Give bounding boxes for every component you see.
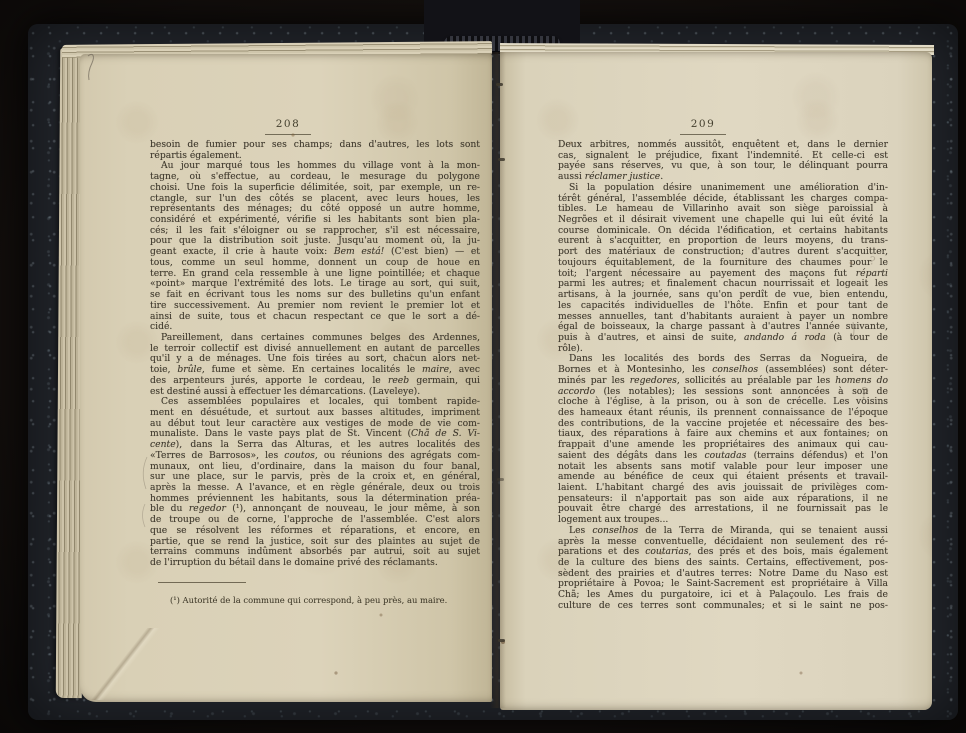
folio-rule	[265, 134, 311, 135]
binding-stitch	[498, 639, 505, 642]
page-number-left: 208	[150, 112, 426, 135]
text-line: de l'irruption du bétail dans le domaine…	[150, 558, 480, 569]
page-corner-crease	[86, 628, 162, 700]
text-line: culture de ces terres sont communales; e…	[558, 601, 888, 612]
text-line: puis à d'autres, et ainsi de suite, anda…	[558, 333, 888, 344]
folio-number: 209	[691, 118, 716, 130]
left-page-text: besoin de fumier pour ses champs; dans d…	[150, 140, 480, 569]
binding-stitch	[497, 478, 504, 481]
footnote-rule	[158, 582, 246, 583]
right-page-text: Deux arbitres, nommés aussitôt, enquêten…	[558, 140, 888, 612]
folio-number: 208	[276, 118, 301, 130]
binding-stitch	[496, 83, 503, 86]
left-page: 208 besoin de fumier pour ses champs; da…	[80, 54, 492, 702]
page-number-right: 209	[558, 112, 848, 135]
text-line: ainsi de suite, tous et chacun respectan…	[150, 312, 480, 323]
book-photo: 208 besoin de fumier pour ses champs; da…	[0, 0, 966, 733]
footnote-text: (¹) Autorité de la commune qui correspon…	[150, 595, 480, 605]
right-page: 209 Deux arbitres, nommés aussitôt, enqu…	[500, 52, 932, 710]
folio-rule	[680, 134, 726, 135]
binding-stitch	[498, 158, 505, 161]
